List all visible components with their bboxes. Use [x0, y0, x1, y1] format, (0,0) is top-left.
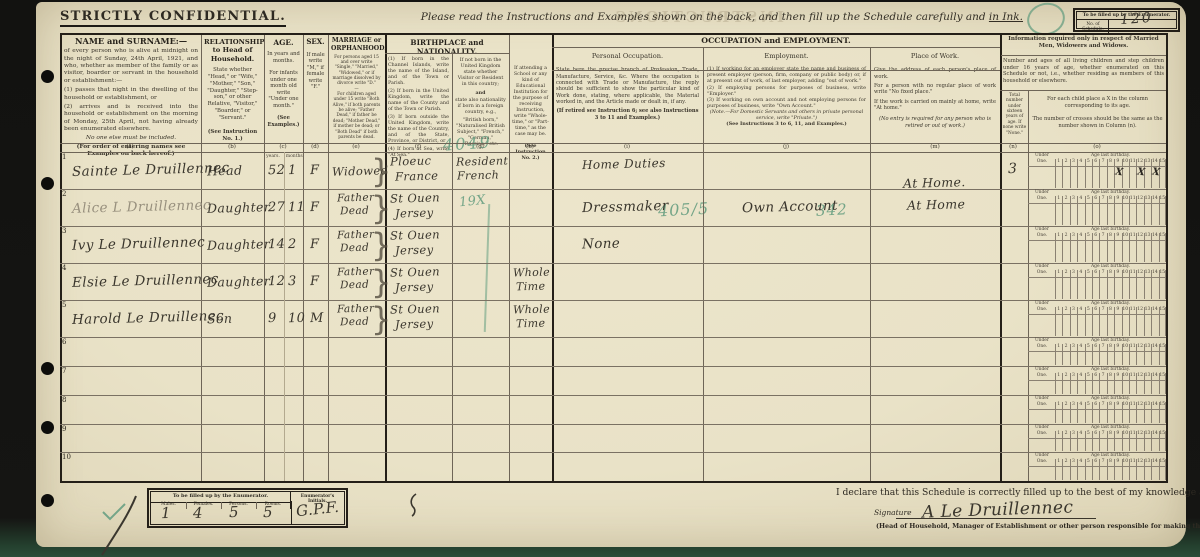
grid-age-number: 13 [1144, 460, 1151, 465]
grid-age-number: 3 [1070, 374, 1077, 379]
column-header-occupation: Personal Occupation. State here the prec… [556, 52, 699, 121]
grid-cell-line [1085, 373, 1086, 394]
census-schedule-page: STRICTLY CONFIDENTIAL. INSTRUCTIONS Plea… [0, 0, 1200, 557]
table-vertical-line [1000, 33, 1002, 481]
occupation-group-header: OCCUPATION and EMPLOYMENT. [553, 36, 999, 46]
row-divider-line [60, 366, 1166, 367]
grid-cell-line [1159, 196, 1160, 225]
grid-cell-line [1129, 233, 1130, 262]
grid-cell-line [1099, 431, 1100, 451]
table-vertical-line [303, 33, 304, 481]
birthplace-column-text: (3) If born outside the United Kingdom, … [388, 115, 449, 145]
grid-cell-line [1077, 373, 1078, 394]
row-divider-line [60, 452, 1166, 453]
grid-under-label: Under [1029, 368, 1055, 372]
grid-cell-line [1122, 233, 1123, 262]
grid-cell-line [1144, 307, 1145, 336]
children-group-title: Information required only in respect of … [1003, 36, 1164, 50]
grid-age-number: 6 [1092, 432, 1099, 437]
entry-age-years: 52 [268, 163, 286, 178]
relationship-column-text: State whether "Head," or "Wife," "Mother… [204, 67, 261, 121]
grid-age-number: 5 [1085, 374, 1092, 379]
grid-age-number: 12 [1136, 374, 1143, 379]
grid-age-number: 2 [1062, 403, 1069, 408]
grid-age-number: 13 [1144, 271, 1151, 276]
grid-header-line [1028, 380, 1166, 381]
grid-cell-line [1107, 307, 1108, 336]
grid-cell-line [1136, 373, 1137, 394]
grid-cell-line [1077, 402, 1078, 423]
confidential-heading: STRICTLY CONFIDENTIAL. [60, 9, 286, 27]
grid-age-number: 11 [1129, 160, 1136, 165]
grid-cell-line [1165, 159, 1166, 188]
grid-cell-line [1099, 344, 1100, 365]
grid-cell-line [1114, 307, 1115, 336]
grid-age-number: 4 [1077, 234, 1084, 239]
grid-cell-line [1144, 459, 1145, 480]
column-letter: (e) [341, 144, 371, 150]
grid-age-number: 13 [1144, 234, 1151, 239]
grid-age-number: 1 [1055, 432, 1062, 437]
grid-age-number: 6 [1092, 403, 1099, 408]
column-letter: (j) [771, 144, 801, 150]
row-divider-line [60, 424, 1166, 425]
column-header-place-of-work: Place of Work. Give the address of each … [874, 52, 996, 129]
grid-cell-line [1114, 196, 1115, 225]
grid-cell-line [1092, 459, 1093, 480]
grid-one-label: One. [1029, 271, 1055, 275]
grid-age-number: 13 [1144, 432, 1151, 437]
grid-age-number: 6 [1092, 308, 1099, 313]
grid-cell-line [1136, 270, 1137, 299]
grid-cell-line [1085, 459, 1086, 480]
grid-header-line [1028, 314, 1166, 315]
grid-cell-line [1085, 402, 1086, 423]
entry-birthplace: Jersey [395, 242, 434, 257]
grid-age-number: 8 [1107, 160, 1114, 165]
grid-one-label: One. [1029, 432, 1055, 436]
grid-age-number: 3 [1070, 160, 1077, 165]
grid-cell-line [1159, 431, 1160, 451]
entry-birthplace: St Ouen [390, 301, 440, 316]
grid-cell-line [1077, 307, 1078, 336]
grid-age-number: 12 [1136, 234, 1143, 239]
grid-age-number: 1 [1055, 308, 1062, 313]
grid-age-number: 8 [1107, 374, 1114, 379]
punch-hole [41, 362, 54, 375]
entry-marriage: Dead [340, 242, 370, 255]
column-header-relationship: RELATIONSHIP to Head of Household. State… [204, 38, 261, 143]
grid-cell-line [1085, 344, 1086, 365]
grid-age-number: 7 [1099, 197, 1106, 202]
table-vertical-line [452, 53, 453, 481]
column-header-age: AGE. In years and months. For infants un… [267, 38, 300, 128]
row-divider-line [60, 337, 1166, 338]
printed-brace: } [371, 227, 391, 264]
grid-age-number: 3 [1070, 432, 1077, 437]
grid-cell-line [1099, 307, 1100, 336]
entry-age-years: 27 [268, 200, 286, 215]
entry-sex: F [310, 200, 320, 215]
grid-cell-line [1165, 373, 1166, 394]
row-number: 9 [62, 425, 66, 433]
grid-one-label: One. [1029, 374, 1055, 378]
punch-hole [41, 494, 54, 507]
grid-header-line [1028, 438, 1166, 439]
grid-cell-line [1122, 196, 1123, 225]
entry-place-of-work: At Home [907, 196, 966, 213]
grid-cell-line [1055, 344, 1056, 365]
entry-birthplace: Ploeuc [390, 153, 432, 168]
grid-cell-line [1055, 159, 1056, 188]
column-letter: (c) [268, 144, 298, 150]
occupation-group-title: OCCUPATION and EMPLOYMENT. [553, 36, 999, 46]
grid-cell-line [1070, 373, 1071, 394]
grid-cell-line [1062, 233, 1063, 262]
grid-cell-line [1136, 402, 1137, 423]
grid-cell-line [1062, 307, 1063, 336]
grid-cell-line [1151, 196, 1152, 225]
grid-cell-line [1136, 344, 1137, 365]
grid-cell-line [1062, 196, 1063, 225]
grid-header-line [1028, 203, 1166, 204]
grid-age-number: 10 [1122, 345, 1129, 350]
grid-age-number: 2 [1062, 308, 1069, 313]
grid-cell-line [1129, 270, 1130, 299]
grid-cell-line [1107, 233, 1108, 262]
grid-age-number: 2 [1062, 197, 1069, 202]
grid-under-label: Under [1029, 191, 1055, 195]
grid-cell-line [1077, 431, 1078, 451]
grid-age-number: 3 [1070, 308, 1077, 313]
entry-age-months: 10 [288, 311, 306, 326]
table-vertical-line [552, 33, 554, 481]
grid-cell-line [1159, 307, 1160, 336]
grid-cell-line [1085, 270, 1086, 299]
grid-age-number: 6 [1092, 460, 1099, 465]
entry-age-years: 9 [268, 311, 277, 326]
grid-cell-line [1085, 233, 1086, 262]
grid-age-number: 13 [1144, 197, 1151, 202]
child-age-x-mark: X [1151, 167, 1160, 179]
grid-cell-line [1165, 196, 1166, 225]
age-column-title: AGE. [267, 38, 300, 47]
grid-cell-line [1144, 196, 1145, 225]
pen-squiggle-mark [406, 492, 420, 518]
row-number: 5 [62, 301, 66, 309]
grid-age-number: 11 [1129, 403, 1136, 408]
grid-cell-line [1144, 344, 1145, 365]
grid-age-number: 4 [1077, 271, 1084, 276]
grid-cell-line [1122, 459, 1123, 480]
grid-age-number: 13 [1144, 403, 1151, 408]
grid-cell-line [1151, 373, 1152, 394]
table-vertical-line [1166, 33, 1168, 481]
grid-cell-line [1151, 431, 1152, 451]
grid-one-label: One. [1029, 460, 1055, 464]
grid-cell-line [1055, 270, 1056, 299]
nationality-column-text: state also nationality if born in a fore… [455, 98, 506, 116]
entry-marriage: Dead [340, 205, 370, 218]
grid-age-number: 5 [1085, 271, 1092, 276]
table-horizontal-line [60, 152, 1166, 153]
grid-cell-line [1070, 459, 1071, 480]
punch-hole [41, 421, 54, 434]
punch-hole [41, 177, 54, 190]
grid-cell-line [1062, 270, 1063, 299]
entry-sex: F [310, 163, 320, 178]
grid-under-label: Under [1029, 397, 1055, 401]
grid-cell-line [1165, 459, 1166, 480]
grid-age-number: 2 [1062, 160, 1069, 165]
row-number: 6 [62, 338, 66, 346]
grid-age-number: 4 [1077, 308, 1084, 313]
place-of-work-column-text: (No entry is required for any person who… [874, 116, 996, 129]
grid-cell-line [1062, 459, 1063, 480]
grid-cell-line [1077, 159, 1078, 188]
grid-age-number: 4 [1077, 374, 1084, 379]
grid-cell-line [1144, 431, 1145, 451]
table-horizontal-line [552, 70, 1000, 71]
grid-age-label: Age last birthday. [1055, 339, 1166, 343]
grid-age-number: 8 [1107, 308, 1114, 313]
grid-one-label: One. [1029, 160, 1055, 164]
grid-age-number: 7 [1099, 234, 1106, 239]
row-divider-line [60, 263, 1166, 264]
grid-cell-line [1114, 270, 1115, 299]
grid-age-number: 2 [1062, 374, 1069, 379]
grid-age-number: 11 [1129, 234, 1136, 239]
grid-cell-line [1107, 270, 1108, 299]
grid-age-number: 7 [1099, 460, 1106, 465]
green-check-mark [101, 502, 127, 522]
printed-brace: } [371, 301, 391, 338]
grid-cell-line [1151, 402, 1152, 423]
grid-age-number: 8 [1107, 271, 1114, 276]
grid-cell-line [1136, 196, 1137, 225]
grid-cell-line [1099, 233, 1100, 262]
grid-cell-line [1099, 196, 1100, 225]
enumerator-box-divider [291, 501, 292, 524]
grid-cell-line [1055, 402, 1056, 423]
grid-cell-line [1114, 373, 1115, 394]
entry-occupation: Dressmaker [582, 198, 669, 216]
grid-age-number: 5 [1085, 160, 1092, 165]
relationship-column-text: (See Instruction No. 1.) [204, 129, 261, 143]
entry-occupation: None [582, 236, 621, 253]
entry-relationship: Son [207, 311, 233, 327]
entry-birthplace: Jersey [395, 316, 434, 331]
grid-cell-line [1159, 344, 1160, 365]
grid-age-number: 3 [1070, 197, 1077, 202]
grid-age-number: 11 [1129, 345, 1136, 350]
entry-birthplace: St Ouen [390, 190, 440, 205]
signature-note: (Head of Household, Manager of Establish… [876, 522, 1200, 530]
grid-cell-line [1107, 159, 1108, 188]
grid-age-number: 9 [1114, 308, 1121, 313]
entry-relationship: Head [207, 163, 243, 179]
green-code-nationality: 19X [458, 193, 486, 211]
grid-cell-line [1062, 373, 1063, 394]
grid-age-number: 3 [1070, 271, 1077, 276]
grid-cell-line [1070, 270, 1071, 299]
entry-relationship: Daughter [207, 236, 271, 253]
children-total-header: Total number under sixteen years of age.… [1002, 93, 1027, 136]
employment-column-text: (1) If working for an employer state the… [707, 66, 866, 84]
grid-under-label: Under [1029, 454, 1055, 458]
grid-age-number: 9 [1114, 432, 1121, 437]
grid-age-number: 9 [1114, 234, 1121, 239]
grid-age-label: Age last birthday. [1055, 302, 1166, 306]
grid-age-number: 1 [1055, 271, 1062, 276]
employment-column-title: Employment. [707, 52, 866, 60]
grid-cell-line [1114, 344, 1115, 365]
printed-brace: } [371, 153, 391, 190]
row-divider-line [60, 300, 1166, 301]
children-total-text: Total number under sixteen years of age.… [1002, 93, 1027, 136]
entry-age-months: 11 [288, 200, 306, 215]
grid-age-label: Age last birthday. [1055, 154, 1166, 158]
grid-cell-line [1129, 159, 1130, 188]
table-horizontal-line [60, 481, 1168, 483]
grid-age-number: 2 [1062, 345, 1069, 350]
employment-column-text: (2) If employing persons for purposes of… [707, 85, 866, 97]
grid-age-number: 11 [1129, 197, 1136, 202]
grid-header-line [1028, 240, 1166, 241]
grid-cell-line [1085, 196, 1086, 225]
grid-cell-line [1129, 344, 1130, 365]
nationality-column-text: If not born in the United Kingdom state … [455, 58, 506, 88]
children-subtitle-text: Number and ages of all living children a… [1003, 58, 1164, 84]
grid-age-number: 9 [1114, 403, 1121, 408]
grid-cell-line [1114, 431, 1115, 451]
grid-cell-line [1107, 459, 1108, 480]
grid-age-number: 12 [1136, 403, 1143, 408]
grid-age-label: Age last birthday. [1055, 397, 1166, 401]
grid-age-number: 10 [1122, 403, 1129, 408]
row-number: 1 [62, 153, 66, 161]
printed-brace: } [371, 264, 391, 301]
grid-cell-line [1085, 307, 1086, 336]
grid-one-label: One. [1029, 345, 1055, 349]
grid-under-label: Under [1029, 426, 1055, 430]
grid-cell-line [1092, 373, 1093, 394]
grid-cell-line [1136, 233, 1137, 262]
grid-cell-line [1159, 373, 1160, 394]
employment-column-text: (Note.—For Domestic Servants and others … [707, 109, 866, 121]
grid-age-number: 4 [1077, 432, 1084, 437]
education-column-text: If attending a School or any kind of Edu… [512, 66, 549, 138]
grid-cell-line [1092, 159, 1093, 188]
place-of-work-column-text: For a person with no regular place of wo… [874, 83, 996, 96]
name-column-title: NAME and SURNAME:— [64, 36, 198, 46]
entry-education: Time [516, 280, 546, 294]
column-letter: (m) [920, 144, 950, 150]
enumerator-col-females: Females. [186, 502, 222, 509]
grid-age-number: 13 [1144, 345, 1151, 350]
grid-cell-line [1077, 459, 1078, 480]
entry-marriage: Father [337, 229, 375, 242]
nationality-column-text: and [455, 90, 506, 96]
age-column-text: For infants under one month old write "U… [267, 70, 300, 109]
entry-marriage: Dead [340, 279, 370, 292]
column-header-name: NAME and SURNAME:— of every person who i… [64, 36, 198, 158]
grid-cell-line [1099, 373, 1100, 394]
place-of-work-column-text: If the work is carried on mainly at home… [874, 99, 996, 112]
grid-header-line [1028, 466, 1166, 467]
grid-header-line [1028, 409, 1166, 410]
enumerator-persons-value: 5 [229, 503, 239, 521]
grid-age-number: 5 [1085, 345, 1092, 350]
grid-cell-line [1092, 344, 1093, 365]
birthplace-column-text: (1) If born in the Channel Islands, writ… [388, 57, 449, 87]
grid-age-number: 11 [1129, 271, 1136, 276]
grid-cell-line [1122, 270, 1123, 299]
name-column-text: (1) passes that night in the dwelling of… [64, 87, 198, 102]
grid-cell-line [1114, 402, 1115, 423]
table-vertical-line [703, 47, 704, 481]
grid-age-number: 10 [1122, 197, 1129, 202]
grid-age-number: 14 [1151, 271, 1158, 276]
grid-age-number: 1 [1055, 197, 1062, 202]
column-letter: (f) [403, 144, 433, 150]
grid-age-number: 1 [1055, 403, 1062, 408]
column-letter: (g) [465, 144, 495, 150]
grid-age-number: 4 [1077, 160, 1084, 165]
relationship-column-title: RELATIONSHIP to Head of Household. [204, 38, 261, 63]
grid-age-number: 8 [1107, 432, 1114, 437]
grid-cell-line [1107, 402, 1108, 423]
occupation-column-text: State here the precise branch of Profess… [556, 67, 699, 105]
grid-under-label: Under [1029, 265, 1055, 269]
grid-cell-line [1062, 344, 1063, 365]
grid-age-label: Age last birthday. [1055, 191, 1166, 195]
entry-birthplace: St Ouen [390, 227, 440, 242]
occupation-column-title: Personal Occupation. [556, 52, 699, 60]
grid-age-label: Age last birthday. [1055, 426, 1166, 430]
punch-hole [41, 70, 54, 83]
table-vertical-line [201, 33, 202, 481]
grid-cell-line [1070, 307, 1071, 336]
column-letter: (h) [515, 144, 545, 150]
grid-age-number: 12 [1136, 460, 1143, 465]
grid-cell-line [1055, 431, 1056, 451]
grid-cell-line [1151, 344, 1152, 365]
grid-cell-line [1107, 373, 1108, 394]
grid-cell-line [1165, 307, 1166, 336]
marriage-column-text: For persons aged 15 and over write "Sing… [331, 55, 382, 87]
grid-age-number: 9 [1114, 374, 1121, 379]
children-note-text: For each child place a X in the column c… [1032, 96, 1163, 109]
name-column-text: (2) arrives and is received into the hou… [64, 104, 198, 134]
grid-cell-line [1055, 196, 1056, 225]
children-grid-note: For each child place a X in the column c… [1032, 96, 1163, 129]
instruction-ink: in Ink. [989, 11, 1023, 23]
sex-column-text: If male write "M," if female write "F." [306, 52, 325, 91]
grid-age-number: 5 [1085, 460, 1092, 465]
column-header-sex: SEX. If male write "M," if female write … [306, 38, 325, 91]
entry-education: Time [516, 317, 546, 331]
entry-education: Whole [513, 303, 550, 317]
table-horizontal-line [1000, 90, 1166, 91]
grid-age-number: 11 [1129, 460, 1136, 465]
grid-age-number: 6 [1092, 271, 1099, 276]
age-column-text: In years and months. [267, 51, 300, 64]
grid-cell-line [1085, 159, 1086, 188]
enumerator-rooms-value: 5 [263, 503, 273, 521]
grid-age-number: 5 [1085, 197, 1092, 202]
entry-nationality: Resident [456, 154, 509, 168]
